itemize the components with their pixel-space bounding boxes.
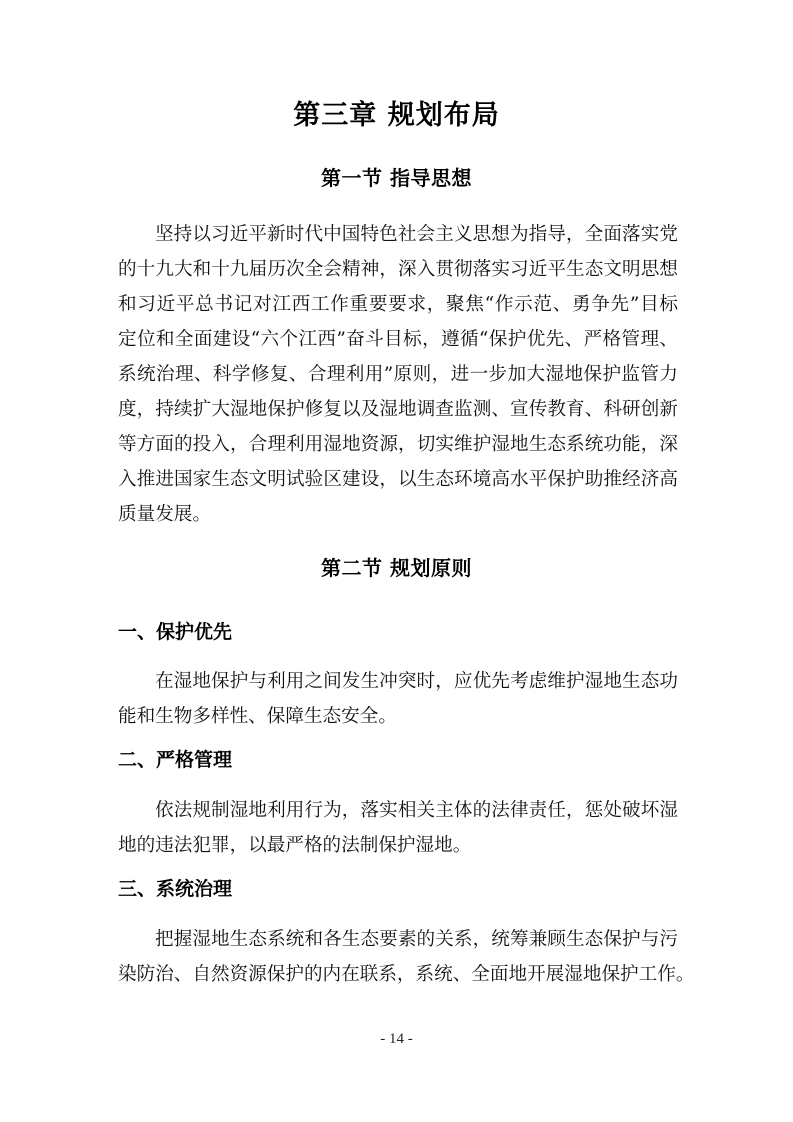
- paragraph-line: 入推进国家生态文明试验区建设，以生态环境高水平保护助推经济高: [118, 466, 678, 494]
- paragraph-line: 地的违法犯罪，以最严格的法制保护湿地。: [118, 832, 678, 860]
- paragraph-line: 把握湿地生态系统和各生态要素的关系，统筹兼顾生态保护与污: [155, 926, 678, 954]
- section-title-guiding-ideology: 第一节 指导思想: [0, 163, 793, 193]
- section-title-planning-principles: 第二节 规划原则: [0, 553, 793, 583]
- paragraph-line: 染防治、自然资源保护的内在联系，系统、全面地开展湿地保护工作。: [118, 961, 678, 989]
- page-number: - 14 -: [0, 1029, 793, 1049]
- principle-heading-systematic-governance: 三、系统治理: [118, 874, 232, 904]
- paragraph-line: 和习近平总书记对江西工作重要要求，聚焦“作示范、勇争先”目标: [118, 291, 678, 319]
- paragraph-line: 在湿地保护与利用之间发生冲突时，应优先考虑维护湿地生态功: [155, 668, 678, 696]
- paragraph-line: 系统治理、科学修复、合理利用”原则，进一步加大湿地保护监管力: [118, 361, 678, 389]
- principle-heading-strict-management: 二、严格管理: [118, 745, 232, 775]
- paragraph-line: 等方面的投入，合理利用湿地资源，切实维护湿地生态系统功能，深: [118, 431, 678, 459]
- principle-heading-protection-first: 一、保护优先: [118, 617, 232, 647]
- paragraph-line: 依法规制湿地利用行为，落实相关主体的法律责任，惩处破坏湿: [155, 797, 678, 825]
- document-page: 第三章 规划布局 第一节 指导思想 坚持以习近平新时代中国特色社会主义思想为指导…: [0, 0, 793, 1122]
- chapter-title: 第三章 规划布局: [0, 96, 793, 136]
- paragraph-line: 坚持以习近平新时代中国特色社会主义思想为指导，全面落实党: [155, 221, 678, 249]
- paragraph-line: 的十九大和十九届历次全会精神，深入贯彻落实习近平生态文明思想: [118, 256, 678, 284]
- paragraph-line: 度，持续扩大湿地保护修复以及湿地调查监测、宣传教育、科研创新: [118, 396, 678, 424]
- paragraph-line: 质量发展。: [118, 501, 678, 529]
- paragraph-line: 定位和全面建设“六个江西”奋斗目标，遵循“保护优先、严格管理、: [118, 326, 678, 354]
- paragraph-line: 能和生物多样性、保障生态安全。: [118, 703, 678, 731]
